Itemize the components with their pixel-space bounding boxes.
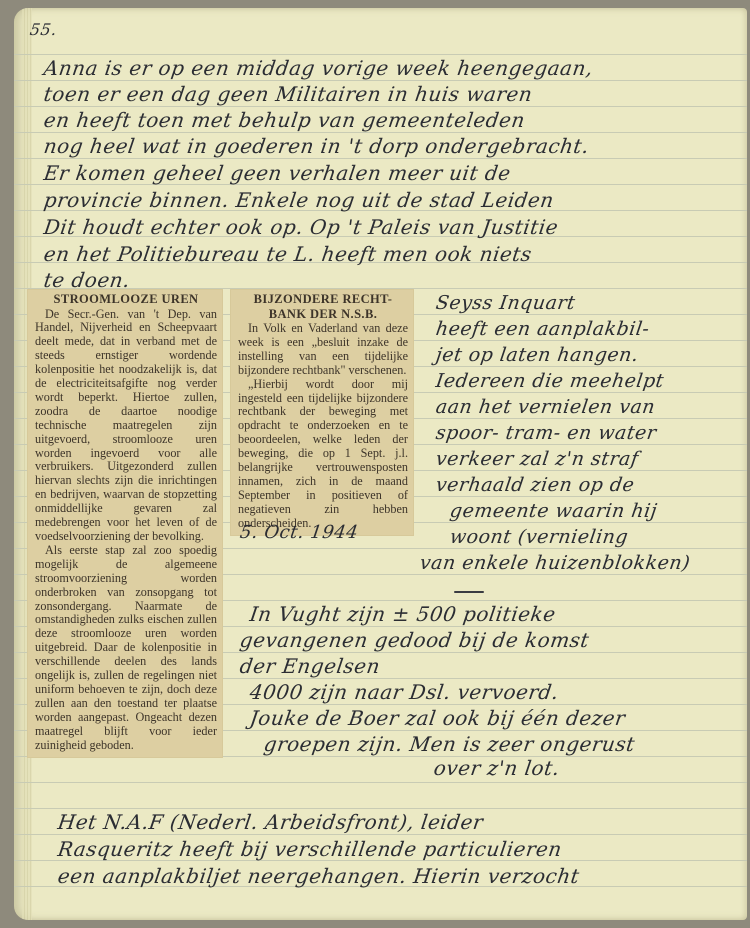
handwritten-line: Dit houdt echter ook op. Op 't Paleis va… <box>42 215 560 239</box>
date-note: 5. Oct. 1944 <box>239 522 360 543</box>
handwritten-line: verkeer zal z'n straf <box>434 448 640 470</box>
newspaper-clipping-stroomlooze-uren: STROOMLOOZE UREN De Secr.-Gen. van 't De… <box>28 290 222 757</box>
handwritten-line: der Engelsen <box>238 654 381 678</box>
ruled-line <box>14 808 747 809</box>
handwritten-line: en heeft toen met behulp van gemeenteled… <box>42 108 526 132</box>
handwritten-line: Het N.A.F (Nederl. Arbeidsfront), leider <box>56 810 484 834</box>
handwritten-line: Jouke de Boer zal ook bij één dezer <box>248 706 627 730</box>
handwritten-line: en het Politiebureau te L. heeft men ook… <box>42 242 533 266</box>
handwritten-line: Anna is er op een middag vorige week hee… <box>42 56 594 80</box>
handwritten-line: Seyss Inquart <box>434 292 576 314</box>
handwritten-line: jet op laten hangen. <box>434 344 640 366</box>
ruled-line <box>14 132 747 133</box>
ruled-line <box>14 158 747 159</box>
handwritten-line: aan het vernielen van <box>434 396 656 418</box>
clipping-headline: STROOMLOOZE UREN <box>35 293 217 307</box>
handwritten-line: Rasqueritz heeft bij verschillende parti… <box>56 837 563 861</box>
handwritten-line: van enkele huizenblokken) <box>418 552 691 574</box>
handwritten-line: verhaald zien op de <box>434 474 635 496</box>
clipping-headline-line2: BANK DER N.S.B. <box>238 308 408 322</box>
ruled-line <box>14 106 747 107</box>
handwritten-line: In Vught zijn ± 500 politieke <box>248 602 557 626</box>
ruled-line <box>14 782 747 783</box>
ruled-line <box>14 54 747 55</box>
handwritten-line: nog heel wat in goederen in 't dorp onde… <box>42 134 590 158</box>
handwritten-line: Er komen geheel geen verhalen meer uit d… <box>42 161 512 185</box>
handwritten-line: gemeente waarin hij <box>448 500 658 522</box>
handwritten-line: provincie binnen. Enkele nog uit de stad… <box>42 188 555 212</box>
handwritten-line: gevangenen gedood bij de komst <box>238 628 591 652</box>
ruled-line <box>14 80 747 81</box>
clipping-paragraph: In Volk en Vaderland van deze week is ee… <box>238 322 408 378</box>
handwritten-line: groepen zijn. Men is zeer ongerust <box>262 732 636 756</box>
handwritten-line: woont (vernieling <box>448 526 629 548</box>
newspaper-clipping-bijzondere-rechtbank: BIJZONDERE RECHT- BANK DER N.S.B. In Vol… <box>231 290 413 535</box>
handwritten-line: een aanplakbiljet neergehangen. Hierin v… <box>56 864 581 888</box>
handwritten-line: over z'n lot. <box>432 756 561 780</box>
clipping-paragraph: Als eerste stap zal zoo spoedig mogelijk… <box>35 544 217 753</box>
handwritten-line: Iedereen die meehelpt <box>434 370 665 392</box>
diary-page: 55. Anna is er op een middag vorige week… <box>14 8 747 920</box>
handwritten-line: heeft een aanplakbil- <box>434 318 650 340</box>
clipping-headline-line1: BIJZONDERE RECHT- <box>238 293 408 307</box>
handwritten-line: te doen. <box>42 268 132 292</box>
clipping-paragraph: „Hierbij wordt door mij ingesteld een ti… <box>238 378 408 531</box>
page-number: 55. <box>29 20 59 39</box>
handwritten-line: 4000 zijn naar Dsl. vervoerd. <box>248 680 560 704</box>
ruled-line <box>14 834 747 835</box>
clipping-paragraph: De Secr.-Gen. van 't Dep. van Handel, Ni… <box>35 308 217 544</box>
handwritten-line: toen er een dag geen Militairen in huis … <box>42 82 534 106</box>
separator-dash <box>454 591 484 593</box>
handwritten-line: spoor- tram- en water <box>434 422 658 444</box>
